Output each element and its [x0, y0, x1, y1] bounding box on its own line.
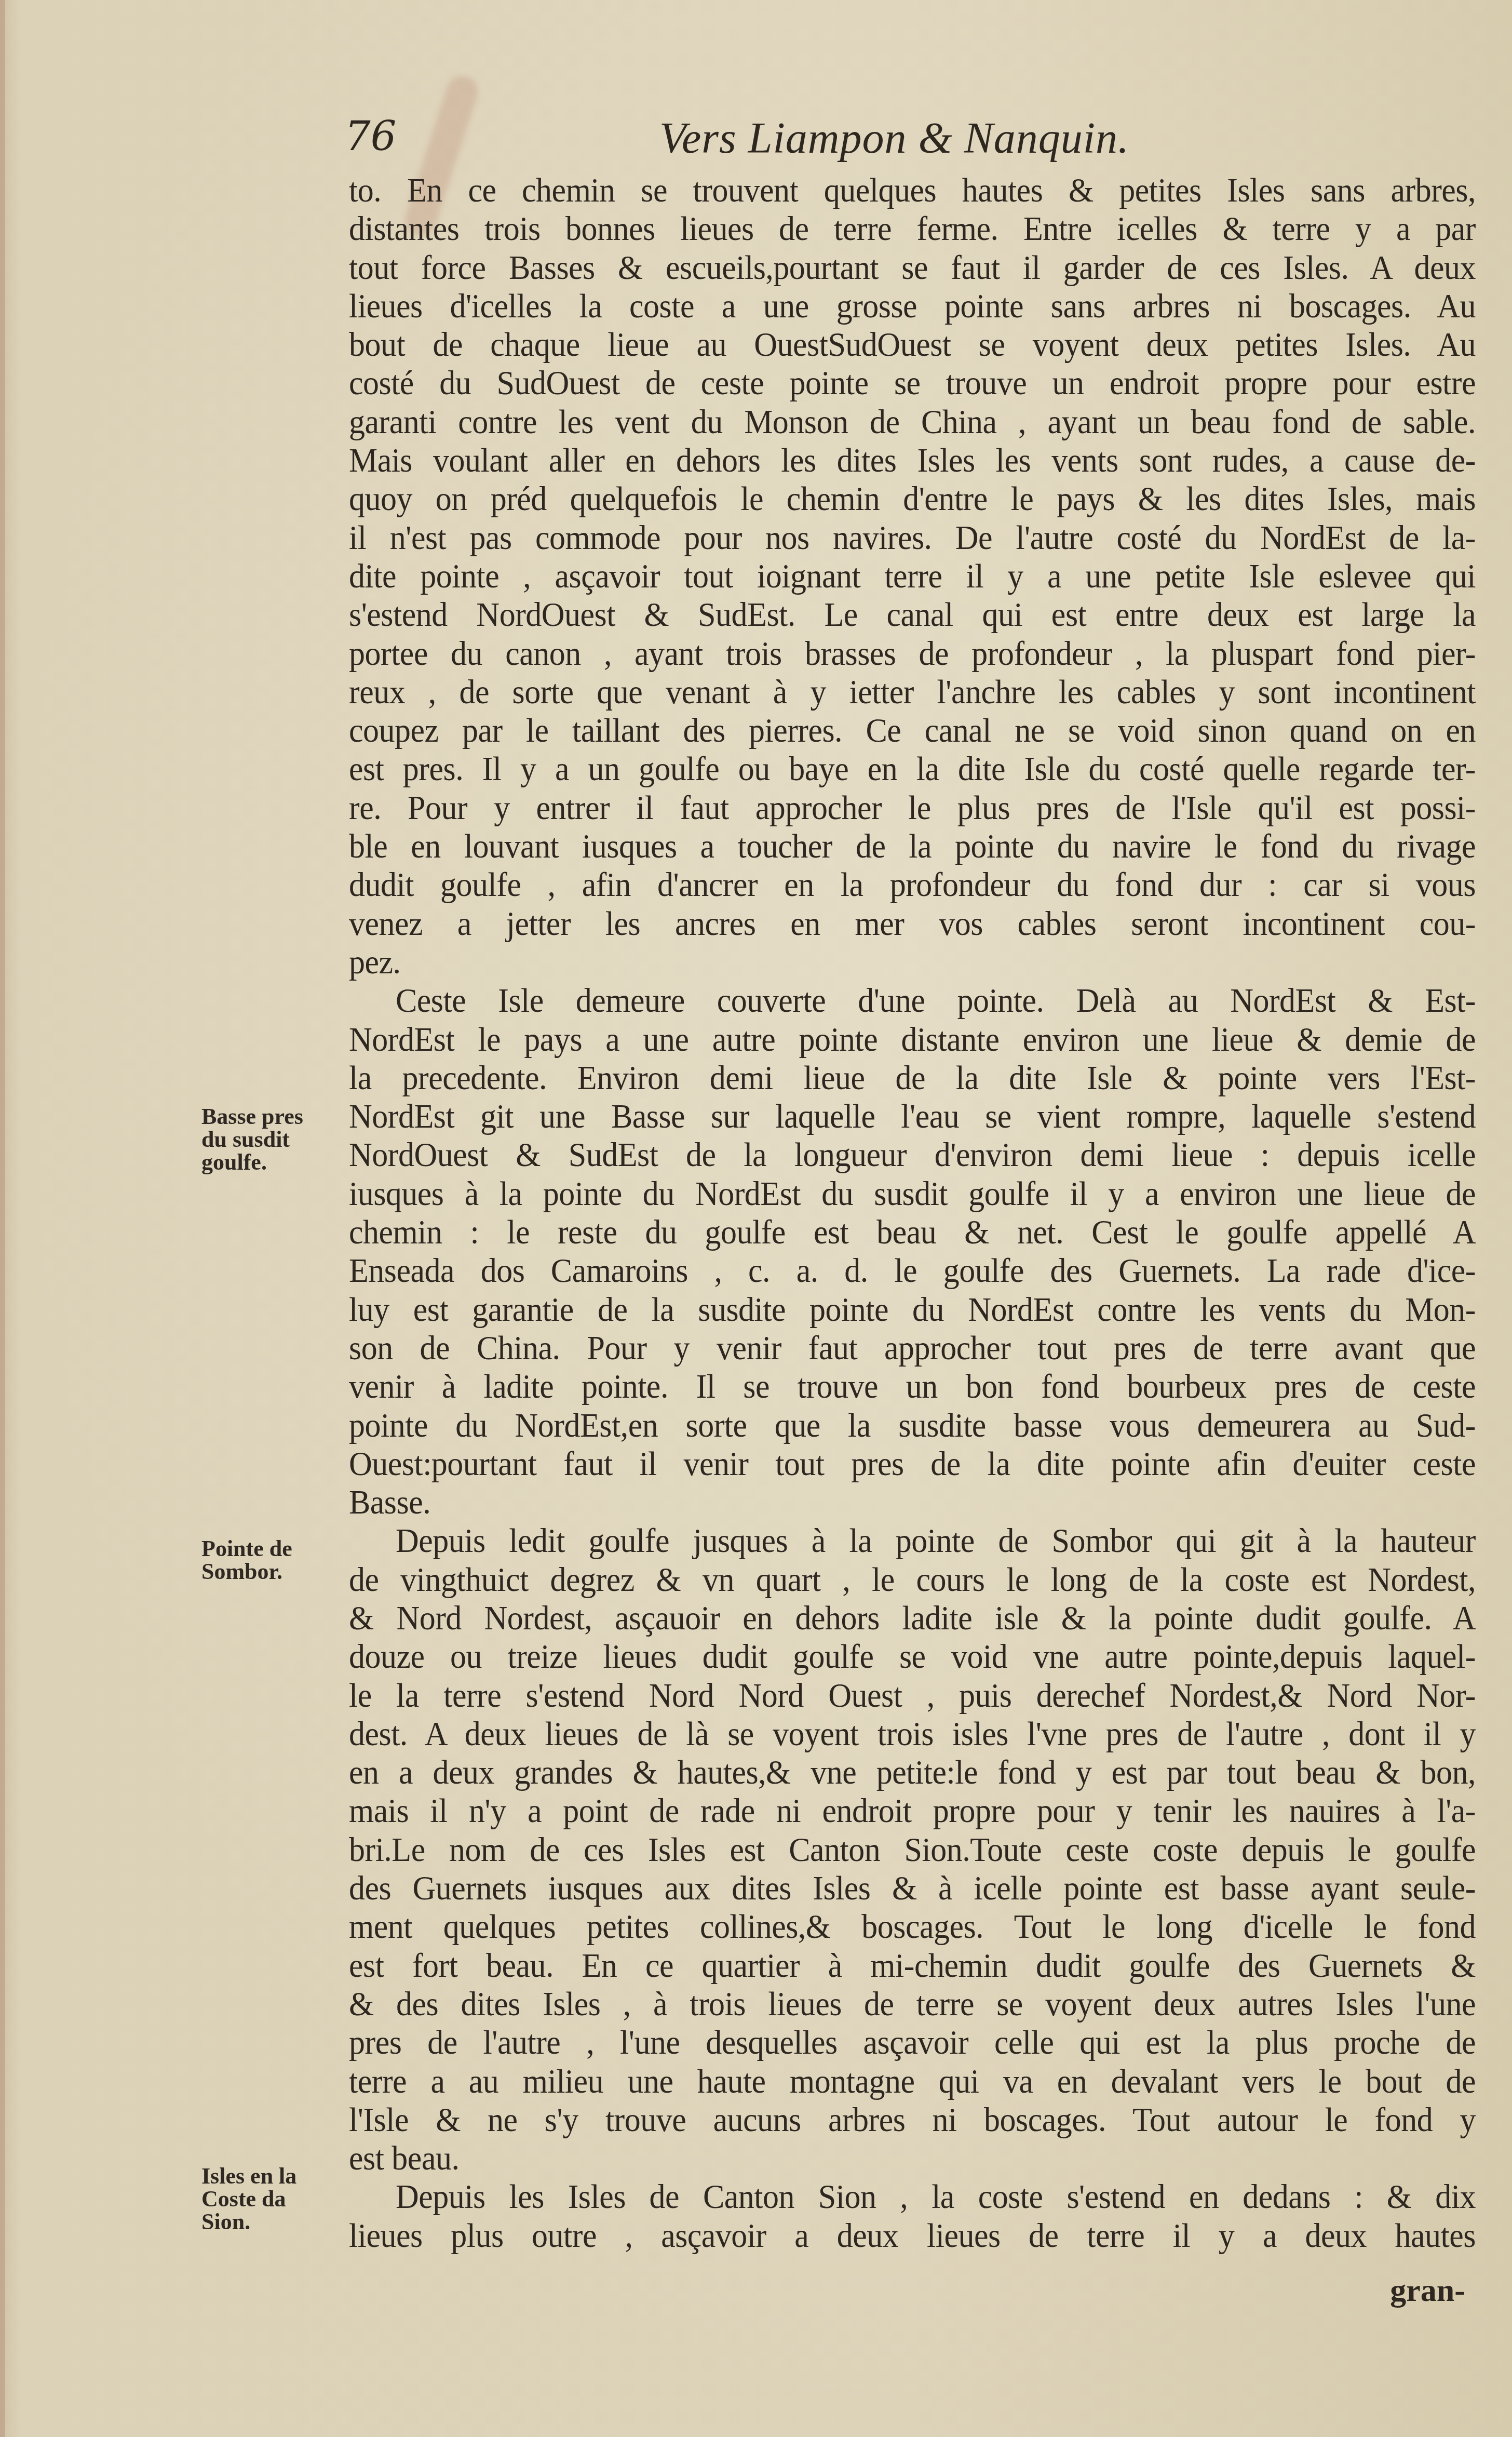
body-text-column: to. En ce chemin se trouvent quelques ha…: [349, 171, 1476, 2255]
text-line: Basse.: [349, 1482, 1476, 1523]
margin-note: Basse presdu susditgoulfe.: [201, 1105, 342, 1174]
text-line: to. En ce chemin se trouvent quelques ha…: [349, 170, 1476, 211]
page-gutter-edge: [0, 0, 5, 2437]
margin-note: Isles en laCoste daSion.: [201, 2165, 342, 2233]
text-line: son de China. Pour y venir faut approche…: [349, 1328, 1476, 1369]
text-line: NordOuest & SudEst de la longueur d'envi…: [349, 1135, 1476, 1176]
text-line: est beau.: [349, 2138, 1476, 2179]
text-line: il n'est pas commode pour nos navires. D…: [349, 518, 1476, 558]
text-line: s'estend NordOuest & SudEst. Le canal qu…: [349, 595, 1476, 635]
text-line: en a deux grandes & hautes,& vne petite:…: [349, 1752, 1476, 1793]
text-line: Ouest:pourtant faut il venir tout pres d…: [349, 1444, 1476, 1484]
catchword: gran-: [1390, 2272, 1465, 2309]
text-line: de vingthuict degrez & vn quart , le cou…: [349, 1560, 1476, 1600]
text-line: pres de l'autre , l'une desquelles asçav…: [349, 2023, 1476, 2063]
margin-note: Pointe deSombor.: [201, 1537, 342, 1583]
margin-note-line: goulfe.: [201, 1151, 342, 1174]
page-number: 76: [345, 113, 396, 160]
text-line: le la terre s'estend Nord Nord Ouest , p…: [349, 1676, 1476, 1716]
text-line: lieues plus outre , asçavoir a deux lieu…: [349, 2216, 1476, 2256]
text-line: venir à ladite pointe. Il se trouve un b…: [349, 1367, 1476, 1407]
text-line: l'Isle & ne s'y trouve aucuns arbres ni …: [349, 2100, 1476, 2140]
margin-note-line: Coste da: [201, 2188, 342, 2211]
text-line: lieues d'icelles la coste a une grosse p…: [349, 286, 1476, 327]
text-line: bout de chaque lieue au OuestSudOuest se…: [349, 325, 1476, 365]
margin-note-line: Isles en la: [201, 2165, 342, 2188]
text-line: dudit goulfe , afin d'ancrer en la profo…: [349, 865, 1476, 905]
running-title: Vers Liampon & Nanquin.: [659, 113, 1129, 164]
text-line: Depuis ledit goulfe jusques à la pointe …: [349, 1521, 1476, 1562]
text-line: terre a au milieu une haute montagne qui…: [349, 2061, 1476, 2102]
text-line: Mais voulant aller en dehors les dites I…: [349, 440, 1476, 481]
margin-note-line: Basse pres: [201, 1105, 342, 1128]
text-line: Enseada dos Camaroins , c. a. d. le goul…: [349, 1251, 1476, 1291]
text-line: ble en louvant iusques a toucher de la p…: [349, 826, 1476, 867]
text-line: est pres. Il y a un goulfe ou baye en la…: [349, 749, 1476, 790]
text-line: pointe du NordEst,en sorte que la susdit…: [349, 1405, 1476, 1446]
text-line: dite pointe , asçavoir tout ioignant ter…: [349, 556, 1476, 597]
text-line: Ceste Isle demeure couverte d'une pointe…: [349, 981, 1476, 1021]
text-line: ment quelques petites collines,& boscage…: [349, 1907, 1476, 1948]
text-line: iusques à la pointe du NordEst du susdit…: [349, 1174, 1476, 1214]
text-line: portee du canon , ayant trois brasses de…: [349, 634, 1476, 674]
text-line: distantes trois bonnes lieues de terre f…: [349, 209, 1476, 249]
margin-note-line: Pointe de: [201, 1537, 342, 1560]
text-line: douze ou treize lieues dudit goulfe se v…: [349, 1637, 1476, 1677]
text-line: & Nord Nordest, asçauoir en dehors ladit…: [349, 1598, 1476, 1639]
margin-note-line: Sion.: [201, 2211, 342, 2233]
text-line: bri.Le nom de ces Isles est Canton Sion.…: [349, 1830, 1476, 1870]
text-line: NordEst git une Basse sur laquelle l'eau…: [349, 1096, 1476, 1137]
text-line: costé du SudOuest de ceste pointe se tro…: [349, 364, 1476, 404]
text-line: des Guernets iusques aux dites Isles & à…: [349, 1868, 1476, 1909]
text-line: la precedente. Environ demi lieue de la …: [349, 1058, 1476, 1099]
scanned-page: 76 Vers Liampon & Nanquin. to. En ce che…: [0, 0, 1512, 2437]
text-line: reux , de sorte que venant à y ietter l'…: [349, 672, 1476, 713]
text-line: re. Pour y entrer il faut approcher le p…: [349, 788, 1476, 828]
text-line: NordEst le pays a une autre pointe dista…: [349, 1020, 1476, 1060]
text-line: est fort beau. En ce quartier à mi-chemi…: [349, 1946, 1476, 1986]
text-line: chemin : le reste du goulfe est beau & n…: [349, 1212, 1476, 1253]
text-line: quoy on préd quelquefois le chemin d'ent…: [349, 479, 1476, 520]
text-line: & des dites Isles , à trois lieues de te…: [349, 1984, 1476, 2025]
running-header: 76 Vers Liampon & Nanquin.: [337, 113, 1480, 165]
text-line: pez.: [349, 942, 1476, 983]
text-line: luy est garantie de la susdite pointe du…: [349, 1290, 1476, 1330]
text-line: venez a jetter les ancres en mer vos cab…: [349, 904, 1476, 944]
text-line: coupez par le taillant des pierres. Ce c…: [349, 711, 1476, 751]
margin-note-line: du susdit: [201, 1128, 342, 1151]
text-line: tout force Basses & escueils,pourtant se…: [349, 248, 1476, 288]
text-line: garanti contre les vent du Monson de Chi…: [349, 402, 1476, 443]
text-line: Depuis les Isles de Canton Sion , la cos…: [349, 2177, 1476, 2218]
text-line: mais il n'y a point de rade ni endroit p…: [349, 1791, 1476, 1832]
text-line: dest. A deux lieues de là se voyent troi…: [349, 1714, 1476, 1755]
margin-note-line: Sombor.: [201, 1560, 342, 1583]
